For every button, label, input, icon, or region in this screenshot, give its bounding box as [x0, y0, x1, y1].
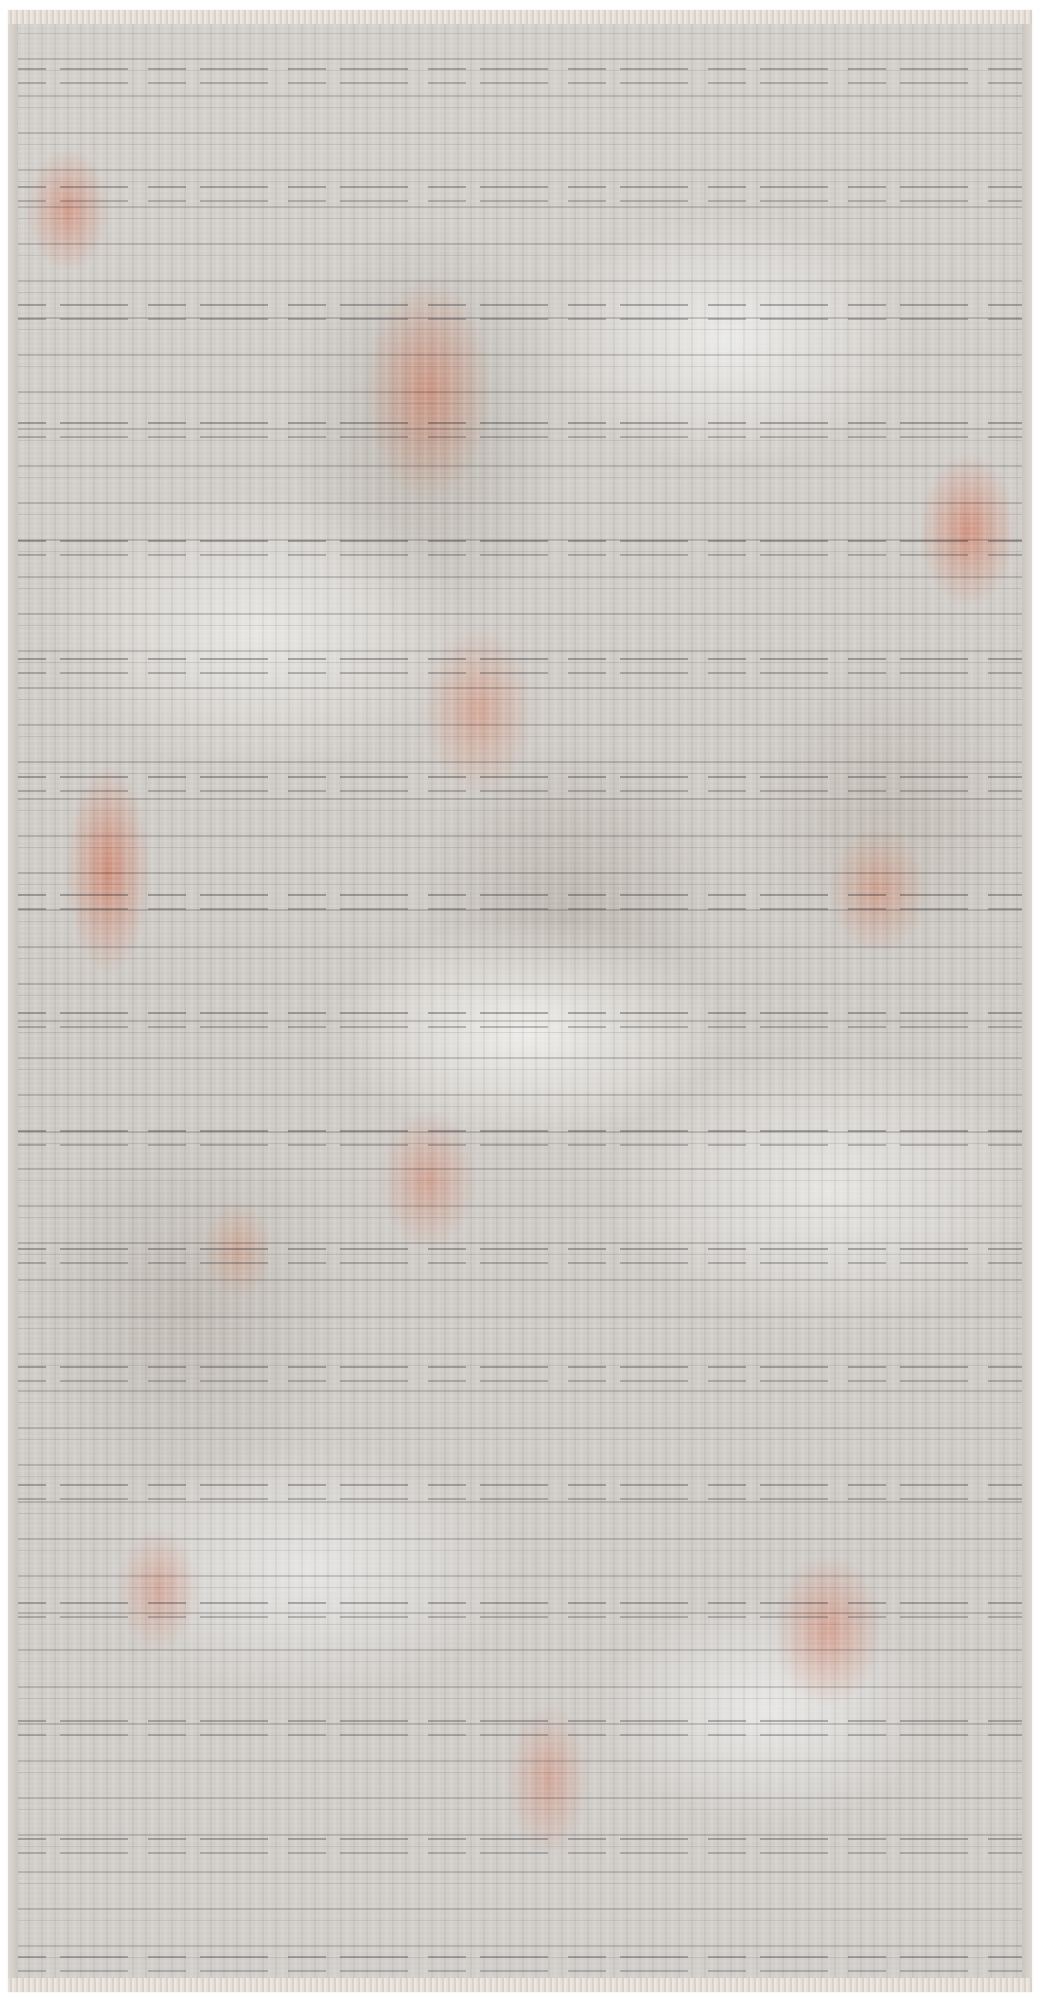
- rug-side-binding-right: [1022, 10, 1032, 1992]
- rug-fringe-top: [8, 10, 1032, 24]
- rug-fringe-bottom: [8, 1978, 1032, 1992]
- rug-product-photo: [8, 10, 1032, 1992]
- rug-side-binding-left: [8, 10, 18, 1992]
- rug-color-wash: [8, 10, 1032, 1992]
